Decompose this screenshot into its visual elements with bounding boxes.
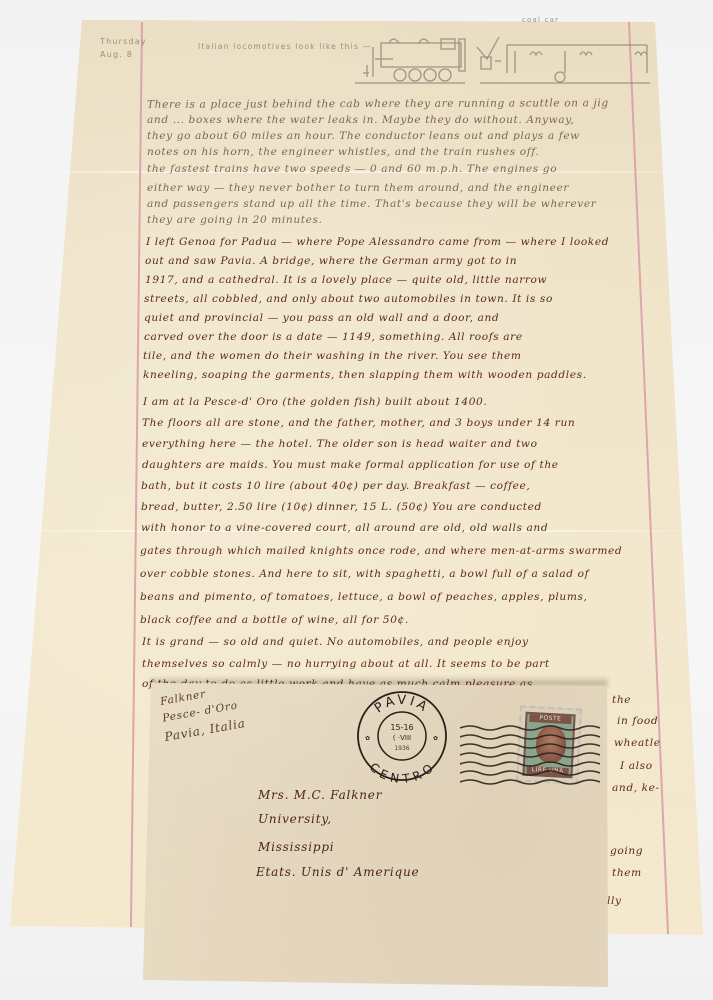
text-line: either way — they never bother to turn t… — [147, 182, 569, 194]
text-line: out and saw Pavia. A bridge, where the G… — [145, 255, 517, 267]
text-line: I am at la Pesce-d' Oro (the golden fish… — [143, 396, 487, 408]
recipient-line: Etats. Unis d' Amerique — [256, 865, 419, 879]
text-fragment: them — [612, 867, 642, 879]
postmark-year: 1936 — [394, 745, 409, 752]
text-line: tile, and the women do their washing in … — [143, 350, 522, 362]
postmark-icon: PAVIA CENTRO 15-16 ( ·VIII 1936 ✿ ✿ — [354, 688, 450, 784]
text-line: bread, butter, 2.50 lire (10¢) dinner, 1… — [141, 501, 542, 513]
locomotive-sketch-icon — [345, 25, 655, 85]
text-line: black coffee and a bottle of wine, all f… — [140, 614, 409, 626]
text-line: I left Genoa for Padua — where Pope Ales… — [146, 236, 609, 248]
text-fragment: in food — [617, 715, 658, 727]
text-line: bath, but it costs 10 lire (about 40¢) p… — [141, 480, 530, 492]
text-line: streets, all cobbled, and only about two… — [144, 293, 553, 305]
text-line: notes on his horn, the engineer whistles… — [147, 146, 539, 158]
text-line: they are going in 20 minutes. — [147, 214, 322, 226]
date-note-line: Aug. 8 — [100, 50, 133, 59]
text-fragment: I also — [620, 760, 653, 772]
text-line: and ... boxes where the water leaks in. … — [147, 114, 574, 126]
text-fragment: going — [610, 845, 643, 857]
recipient-line: Mrs. M.C. Falkner — [258, 788, 382, 802]
text-line: quiet and provincial — you pass an old w… — [144, 312, 499, 324]
text-line: The floors all are stone, and the father… — [142, 417, 575, 429]
svg-text:✿: ✿ — [365, 735, 370, 742]
text-line: There is a place just behind the cab whe… — [147, 97, 609, 111]
svg-text:✿: ✿ — [433, 735, 438, 742]
text-line: gates through which mailed knights once … — [140, 545, 622, 557]
text-fragment: the — [612, 694, 631, 706]
text-line: beans and pimento, of tomatoes, lettuce,… — [140, 591, 587, 603]
postmark-time: 15-16 — [390, 723, 413, 732]
text-line: everything here — the hotel. The older s… — [142, 438, 538, 450]
text-line: they go about 60 miles an hour. The cond… — [147, 130, 580, 142]
text-line: kneeling, soaping the garments, then sla… — [143, 369, 587, 381]
train-label-coal-car: coal car — [522, 16, 559, 24]
text-line: It is grand — so old and quiet. No autom… — [142, 636, 529, 648]
postmark-month: ( ·VIII — [393, 734, 411, 742]
text-line: daughters are maids. You must make forma… — [142, 459, 559, 471]
recipient-line: University, — [258, 812, 332, 826]
text-line: themselves so calmly — no hurrying about… — [142, 658, 550, 670]
cancellation-wave-lines-icon — [460, 722, 610, 792]
recipient-line: Mississippi — [258, 840, 334, 854]
photo-scene: Thursday Aug. 8 Italian locomotives look… — [0, 0, 713, 1000]
text-fragment: and, ke- — [612, 782, 660, 794]
text-line: carved over the door is a date — 1149, s… — [144, 331, 523, 343]
text-line: with honor to a vine-covered court, all … — [141, 522, 548, 534]
text-line: and passengers stand up all the time. Th… — [147, 198, 596, 210]
text-line: over cobble stones. And here to sit, wit… — [140, 568, 589, 580]
text-fragment: lly — [607, 895, 622, 907]
text-fragment: wheatle — [614, 737, 661, 749]
date-note-line: Thursday — [100, 37, 147, 46]
text-line: 1917, and a cathedral. It is a lovely pl… — [145, 274, 547, 286]
text-line: the fastest trains have two speeds — 0 a… — [147, 163, 557, 175]
